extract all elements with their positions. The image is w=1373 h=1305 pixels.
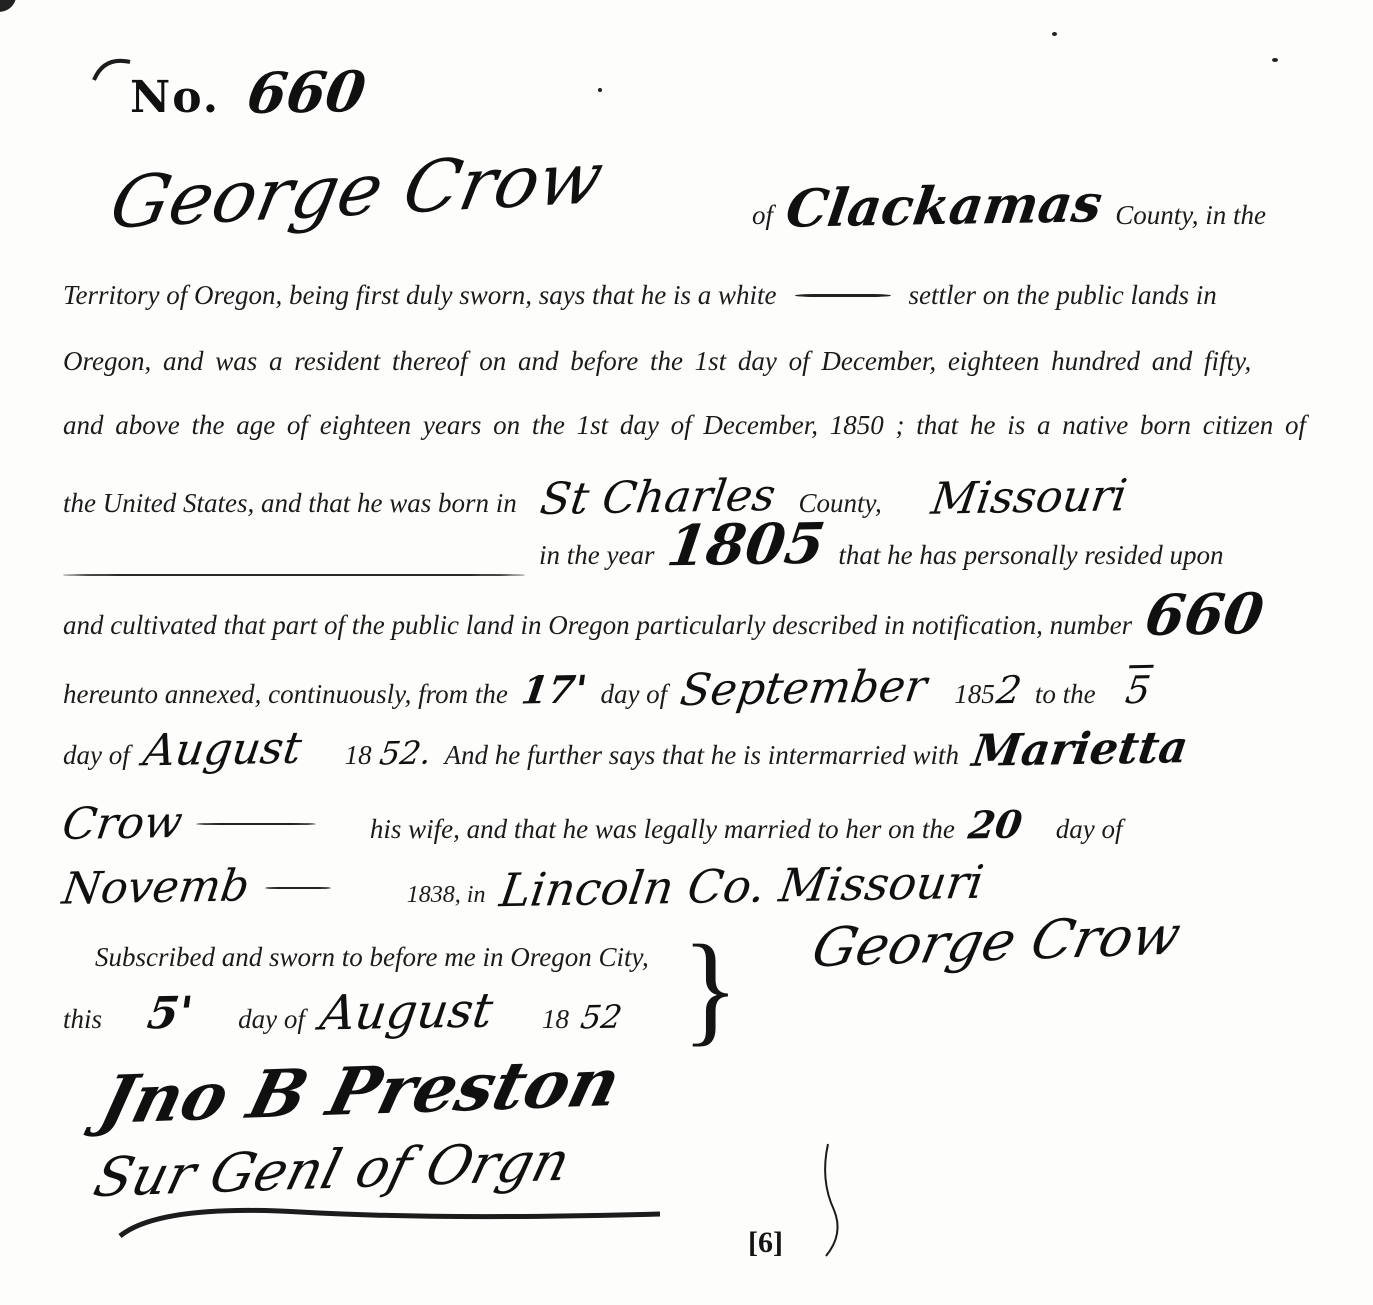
marriage-place-handwritten: Lincoln Co. Missouri bbox=[497, 855, 988, 917]
born-prefix-text: the United States, and that he was born … bbox=[63, 488, 517, 519]
page-marker: [6] bbox=[748, 1226, 783, 1260]
to-day-handwritten: 5 bbox=[1123, 668, 1153, 712]
wife-last-name-handwritten: Crow bbox=[59, 797, 185, 850]
officer-signature: Jno B Preston bbox=[93, 1043, 628, 1139]
birth-state-handwritten: Missouri bbox=[928, 470, 1130, 524]
blank-dash bbox=[795, 294, 891, 297]
county-line-rest: County, in the bbox=[1115, 200, 1266, 231]
marriage-month-handwritten: Novemb bbox=[59, 860, 252, 914]
territory-line-text: Territory of Oregon, being first duly sw… bbox=[63, 280, 777, 311]
day-of-label-1: day of bbox=[600, 679, 667, 710]
day-of-label-3: day of bbox=[1056, 814, 1123, 845]
jurat-day-of-label: day of bbox=[238, 1004, 305, 1035]
to-the-label: to the bbox=[1035, 679, 1096, 710]
intermarried-line-text: And he further says that he is intermarr… bbox=[445, 740, 959, 771]
scan-artifact bbox=[598, 88, 602, 92]
county-handwritten: Clackamas bbox=[782, 173, 1106, 239]
form-number-label: No. bbox=[130, 72, 220, 123]
resident-line-text: Oregon, and was a resident thereof on an… bbox=[63, 346, 1251, 377]
pen-tail-flourish bbox=[196, 823, 316, 825]
marriage-day-handwritten: 20 bbox=[966, 802, 1025, 848]
scan-artifact bbox=[1272, 58, 1278, 62]
marriage-year-text: 1838, in bbox=[407, 882, 486, 909]
cultivated-line-text: and cultivated that part of the public l… bbox=[63, 610, 1132, 641]
jurat-year-handwritten: 52 bbox=[578, 998, 624, 1037]
from-year-printed-text: 185 bbox=[954, 679, 995, 710]
resided-line-text: that he has personally resided upon bbox=[838, 540, 1223, 571]
blank-rule bbox=[63, 574, 525, 576]
pen-tail-flourish bbox=[265, 887, 331, 889]
affidavit-document-page: No. 660 George Crow of Clackamas County,… bbox=[0, 0, 1373, 1305]
wife-first-name-handwritten: Marietta bbox=[969, 722, 1191, 777]
jurat-month-handwritten: August bbox=[317, 983, 496, 1042]
to-year-handwritten: 52. bbox=[377, 734, 433, 773]
claimant-signature: George Crow bbox=[807, 904, 1186, 980]
hereunto-line-text: hereunto annexed, continuously, from the bbox=[63, 679, 508, 710]
to-month-handwritten: August bbox=[140, 723, 304, 777]
of-label: of bbox=[752, 200, 773, 231]
jurat-day-handwritten: 5' bbox=[144, 988, 195, 1040]
claimant-name-handwritten: George Crow bbox=[104, 135, 610, 244]
birth-year-handwritten: 1805 bbox=[664, 511, 830, 580]
this-label: this bbox=[63, 1004, 102, 1035]
subscribed-line-text: Subscribed and sworn to before me in Ore… bbox=[95, 942, 649, 973]
settler-line-text: settler on the public lands in bbox=[909, 280, 1217, 311]
day-of-label-2: day of bbox=[63, 740, 130, 771]
to-year-printed-text: 18 bbox=[345, 740, 372, 771]
pen-curve-artifact bbox=[818, 1140, 848, 1260]
from-year-handwritten: 2 bbox=[994, 668, 1024, 712]
from-month-handwritten: September bbox=[677, 661, 930, 716]
in-the-year-text: in the year bbox=[539, 540, 654, 571]
age-line-text: and above the age of eighteen years on t… bbox=[63, 410, 1306, 441]
notification-number-handwritten: 660 bbox=[1141, 581, 1268, 649]
jurat-year-printed-text: 18 bbox=[542, 1004, 569, 1035]
scan-artifact bbox=[1052, 32, 1057, 36]
from-day-handwritten: 17' bbox=[519, 666, 590, 712]
claim-number-handwritten: 660 bbox=[243, 59, 370, 127]
wife-line-text: his wife, and that he was legally marrie… bbox=[370, 814, 955, 845]
signature-underline-flourish bbox=[100, 1196, 680, 1242]
scan-artifact bbox=[0, 0, 16, 12]
jurat-brace: } bbox=[682, 927, 739, 1051]
